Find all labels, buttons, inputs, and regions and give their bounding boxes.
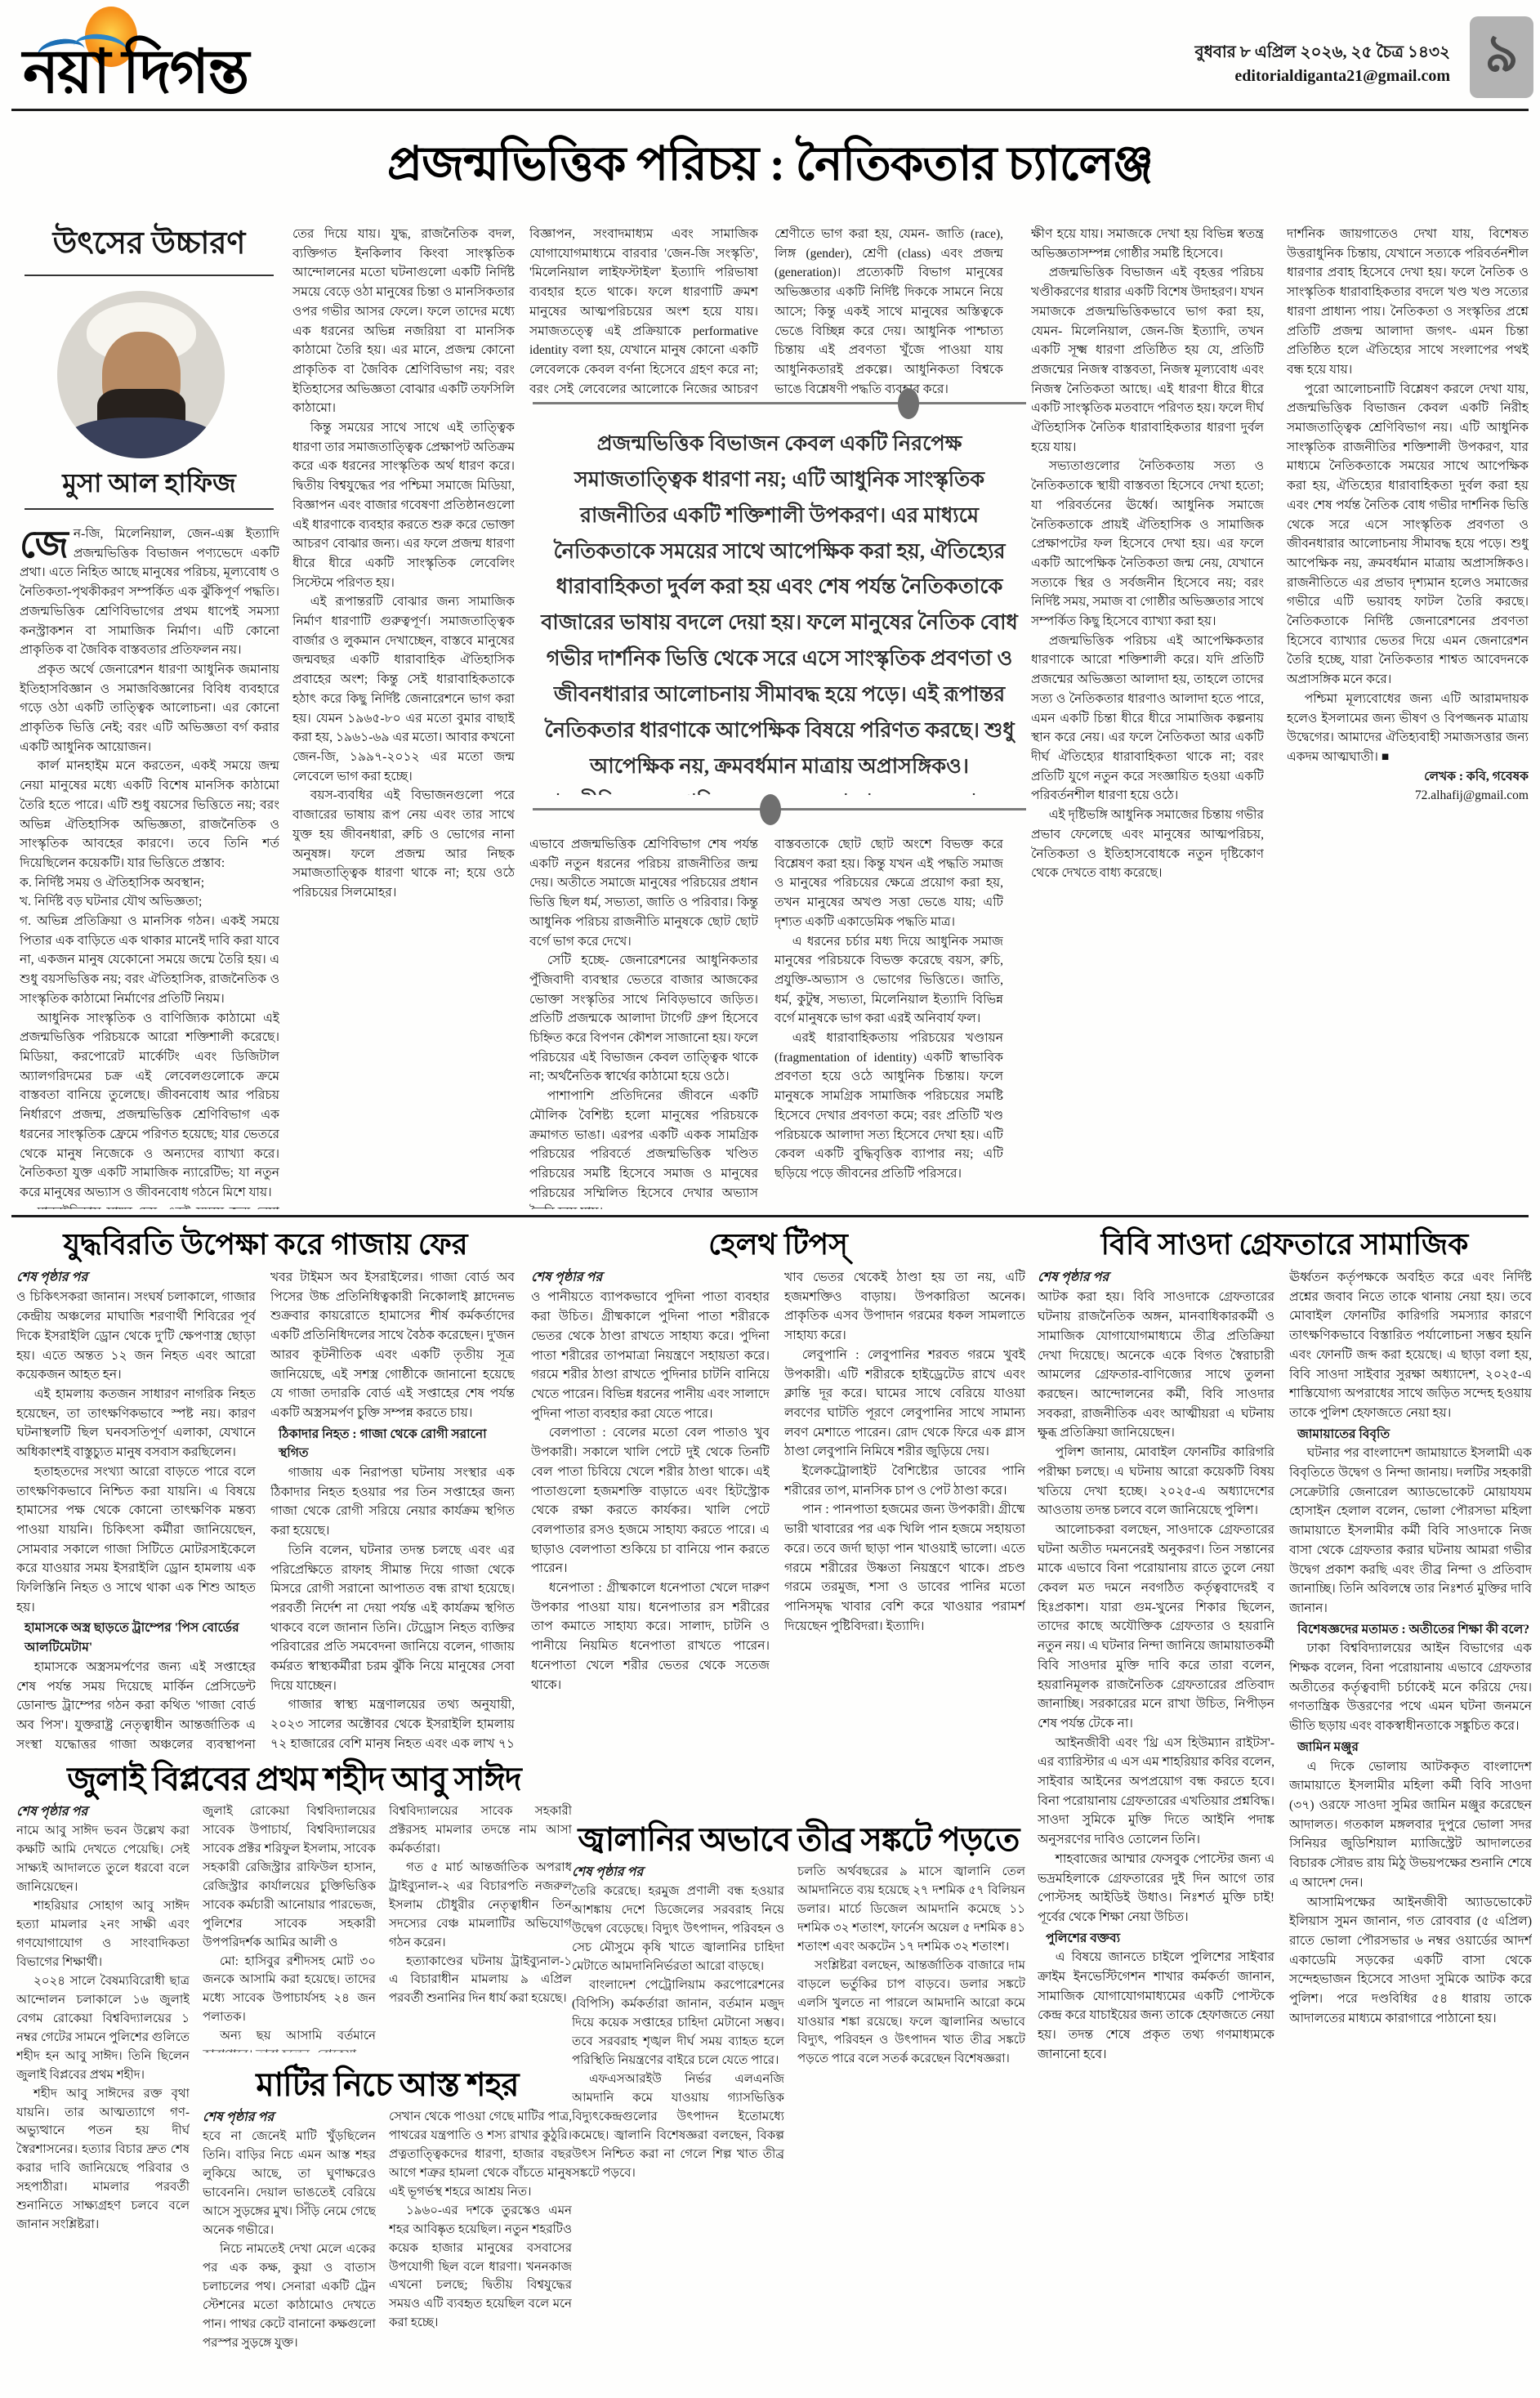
paragraph: হবে না জেনেই মাটি খুঁড়ছিলেন তিনি। বাড়ি… [203, 2128, 376, 2240]
shoulders-shape [65, 418, 216, 458]
paragraph: বেলপাতা : বেলের মতো বেল পাতাও খুব উপকারী… [531, 1423, 770, 1579]
paragraph: হামাসকে অস্ত্র ছাড়তে ট্রাম্পের 'পিস বোর… [16, 1619, 256, 1657]
paragraph: শেষ পৃষ্ঠার পর [1038, 1268, 1274, 1288]
paragraph: সেটি হচ্ছে- জেনারেশনের আধুনিকতার পুঁজিবা… [529, 951, 758, 1087]
sidebar-paragraphs: প্রকৃত অর্থে জেনারেশন ধারণা আধুনিক জমানা… [20, 660, 279, 1209]
paragraph: 72.alhafij@gmail.com [1287, 786, 1529, 806]
paragraph: ১৯৬০-এর দশকে তুরস্কেও এমন শহর আবিষ্কৃত হ… [389, 2202, 572, 2333]
paragraph: এই হামলায় কতজন সাধারণ নাগরিক নিহত হয়েছ… [16, 1385, 256, 1462]
paragraph: গাজায় এক নিরাপত্তা ঘটনায় সংস্থার এক ঠি… [270, 1463, 515, 1541]
paragraph: হত্যাকাণ্ডের ঘটনায় ট্রাইব্যুনাল-১ এ বিচ… [389, 1953, 572, 2009]
paragraph: শেষ পৃষ্ঠার পর [531, 1268, 770, 1288]
paragraph: এ দিকে ভোলায় আটককৃত বাংলাদেশ জামায়াতে … [1289, 1757, 1532, 1893]
paragraph: সভ্যতাগুলোর নৈতিকতায় সত্য ও নৈতিকতাকে স… [1031, 457, 1264, 631]
paragraph: তৈরি করেছে। হরমুজ প্রণালী বন্ধ হওয়ার আশ… [572, 1882, 784, 1976]
article-column-sidebar: জেন-জি, মিলেনিয়াল, জেন-এক্স ইত্যাদি প্র… [20, 525, 279, 1209]
paragraph: মো: হাসিবুর রশীদসহ মোট ৩০ জনকে আসামি করা… [203, 1953, 376, 2028]
sidebar-rule-bottom [25, 508, 274, 510]
fuel-headline: জ্বালানির অভাবে তীব্র সঙ্কটে পড়তে [572, 1814, 1025, 1869]
paragraph: তিনি বলেন, ঘটনার তদন্ত চলছে এবং এর পরিপ্… [270, 1541, 515, 1696]
gaza-column-2: খবর টাইমস অব ইসরাইলের। গাজা বোর্ড অব পিস… [270, 1268, 515, 1748]
paragraph: অন্য ছয় আসামি বর্তমানে কারাগারে। তারা হ… [203, 2027, 376, 2052]
paragraph: ক. নির্দিষ্ট সময় ও ঐতিহাসিক অবস্থান; [20, 873, 279, 893]
paragraph: ২০২৪ সালে বৈষম্যবিরোধী ছাত্র আন্দোলন চলা… [16, 1972, 190, 2085]
paragraph: বাংলাদেশ পেট্রোলিয়াম করপোরেশনের (বিপিসি… [572, 1976, 784, 2070]
underground-city-headline: মাটির নিচে আস্ত শহর [203, 2059, 572, 2114]
sidebar-lead-paragraph: জেন-জি, মিলেনিয়াল, জেন-এক্স ইত্যাদি প্র… [20, 525, 279, 660]
bibi-column-1: শেষ পৃষ্ঠার পরআটক করা হয়। বিবি সাওদাকে … [1038, 1268, 1274, 2391]
paragraph: খাব ভেতর থেকেই ঠাণ্ডা হয় তা নয়, এটি হজ… [784, 1268, 1025, 1346]
section-title: উৎসের উচ্চারণ [25, 219, 274, 271]
paragraph: এরই ধারাবাহিকতায় পরিচয়ের খণ্ডায়ন (fra… [774, 1029, 1003, 1184]
logo-text: নয়া দিগন্ত [23, 26, 248, 127]
paragraph: হতাহতদের সংখ্যা আরো বাড়তে পারে বলে তাৎক… [16, 1462, 256, 1618]
article-column-4-bottom: বাস্তবতাকে ছোট ছোট অংশে বিভক্ত করে বিশ্ল… [774, 835, 1003, 1209]
paragraph: লেবুপানি : লেবুপানির শরবত গরমে খুবই উপকা… [784, 1346, 1025, 1462]
paragraph: দার্শনিক জায়গাতেও দেখা যায়, বিশেষত উত্… [1287, 225, 1529, 380]
paragraph: ঠিকাদার নিহত : গাজা থেকে রোগী সরানো স্থগ… [270, 1425, 515, 1463]
paragraph: ঢাকা বিশ্ববিদ্যালয়ের আইন বিভাগের এক শিক… [1289, 1639, 1532, 1736]
abu-sayed-column-1: শেষ পৃষ্ঠার পরনামে আবু সাঈদ ভবন উল্লেখ ক… [16, 1802, 190, 2392]
pull-quote-rule-top [533, 402, 1026, 404]
paragraph: পশ্চিমা মূল্যবোধের জন্য এটি আরামদায়ক হল… [1287, 690, 1529, 767]
health-headline: হেলথ টিপস্ [531, 1222, 1025, 1271]
pull-quote-rule-bottom [533, 808, 1026, 810]
fuel-column-2: চলতি অর্থবছরের ৯ মাসে জ্বালানি তেল আমদান… [797, 1863, 1025, 2392]
paragraph: শেষ পৃষ্ঠার পর [203, 2108, 376, 2128]
underground-city-column-1: শেষ পৃষ্ঠার পরহবে না জেনেই মাটি খুঁড়ছিল… [203, 2108, 376, 2392]
abu-sayed-column-3: বিশ্ববিদ্যালয়ের সাবেক সহকারী প্রক্টরসহ … [389, 1802, 572, 2052]
paragraph: কিন্তু সময়ের সাথে সাথে এই তাত্ত্বিক ধার… [292, 418, 515, 592]
paragraph: প্রজন্মভিত্তিক বিভাজন এই বৃহত্তর পরিচয় … [1031, 263, 1264, 457]
article-column-3-top: বিজ্ঞাপন, সংবাদমাধ্যম এবং সামাজিক যোগাযো… [529, 225, 758, 395]
paragraph: জুলাই রোকেয়া বিশ্ববিদ্যালয়ের সাবেক উপা… [203, 1802, 376, 1953]
newspaper-logo: নয়া দিগন্ত [21, 5, 315, 105]
paragraph: কার্ল মানহাইম মনে করতেন, একই সময়ে জন্ম … [20, 757, 279, 873]
pull-quote: প্রজন্মভিত্তিক বিভাজন কেবল একটি নিরপেক্ষ… [533, 402, 1026, 825]
abu-sayed-headline: জুলাই বিপ্লবের প্রথম শহীদ আবু সাঈদ [16, 1753, 572, 1808]
paragraph: ইলেকট্রোলাইট বৈশিষ্ট্যের ডাবের পানি শরীর… [784, 1462, 1025, 1500]
paragraph: এ ধরনের চর্চার মধ্য দিয়ে আধুনিক সমাজ মা… [774, 932, 1003, 1029]
paragraph: ক্ষীণ হয়ে যায়। সমাজকে দেখা হয় বিভিন্ন… [1031, 225, 1264, 263]
paragraph: ঊর্ধ্বতন কর্তৃপক্ষকে অবহিত করে এবং নির্দ… [1289, 1268, 1532, 1423]
paragraph: লেখক : কবি, গবেষক [1287, 767, 1529, 787]
paragraph: আটক করা হয়। বিবি সাওদাকে গ্রেফতারের ঘটন… [1038, 1288, 1274, 1443]
paragraph: বিশ্ববিদ্যালয়ের সাবেক সহকারী প্রক্টরসহ … [389, 1802, 572, 1859]
header-rule [11, 109, 1529, 111]
paragraph: তের দিয়ে যায়। যুদ্ধ, রাজনৈতিক বদল, ব্য… [292, 225, 515, 418]
date-text: বুধবার ৮ এপ্রিল ২০২৬, ২৫ চৈত্র ১৪৩২ [1152, 41, 1450, 65]
ornament-dot-icon [898, 388, 919, 419]
bibi-column-2: ঊর্ধ্বতন কর্তৃপক্ষকে অবহিত করে এবং নির্দ… [1289, 1268, 1532, 2391]
article-column-3-bottom: এভাবে প্রজন্মভিত্তিক শ্রেণিবিভাগ শেষ পর্… [529, 835, 758, 1209]
paragraph: পুলিশের বক্তব্য [1038, 1929, 1274, 1949]
ornament-dot-icon [760, 794, 781, 825]
gaza-column-1: শেষ পৃষ্ঠার পরও চিকিৎসকরা জানান। সংঘর্ষ … [16, 1268, 256, 1748]
paragraph: এই দৃষ্টিভঙ্গি আধুনিক সমাজের চিন্তায় গভ… [1031, 806, 1264, 883]
paragraph: গত ৫ মার্চ আন্তর্জাতিক অপরাধ ট্রাইব্যুনা… [389, 1859, 572, 1953]
article-column-4-top: শ্রেণীতে ভাগ করা হয়, যেমন- জাতি (race),… [774, 225, 1003, 395]
paragraph: জামায়াতের বিবৃতি [1289, 1425, 1532, 1445]
article-column-2: তের দিয়ে যায়। যুদ্ধ, রাজনৈতিক বদল, ব্য… [292, 225, 515, 1209]
paragraph: ও পানীয়তে ব্যাপকভাবে পুদিনা পাতা ব্যবহা… [531, 1288, 770, 1423]
paragraph: শেষ পৃষ্ঠার পর [16, 1802, 190, 1822]
paragraph: পাশাপাশি প্রতিদিনের জীবনে একটি মৌলিক বৈশ… [529, 1087, 758, 1209]
paragraph: এভাবে প্রজন্মভিত্তিক শ্রেণিবিভাগ শেষ পর্… [529, 835, 758, 951]
paragraph: গ. অভিন্ন প্রতিক্রিয়া ও মানসিক গঠন। একই… [20, 912, 279, 1009]
drop-cap: জে [20, 525, 74, 561]
paragraph: প্রকৃত অর্থে জেনারেশন ধারণা আধুনিক জমানা… [20, 660, 279, 757]
health-column-2: খাব ভেতর থেকেই ঠাণ্ডা হয় তা নয়, এটি হজ… [784, 1268, 1025, 1809]
paragraph: ঘটনার পর বাংলাদেশ জামায়াতে ইসলামী এক বি… [1289, 1444, 1532, 1618]
paragraph: শেষ পৃষ্ঠার পর [572, 1863, 784, 1882]
paragraph: পুরো আলোচনাটি বিশ্লেষণ করলে দেখা যায়, প… [1287, 380, 1529, 690]
article-column-5: ক্ষীণ হয়ে যায়। সমাজকে দেখা হয় বিভিন্ন… [1031, 225, 1264, 1209]
paragraph: শেষ পৃষ্ঠার পর [16, 1268, 256, 1288]
article-column-6: দার্শনিক জায়গাতেও দেখা যায়, বিশেষত উত্… [1287, 225, 1529, 1209]
paragraph: হামাসকে অস্ত্রসমর্পণের জন্য এই সপ্তাহের … [16, 1658, 256, 1748]
health-column-1: শেষ পৃষ্ঠার পরও পানীয়তে ব্যাপকভাবে পুদি… [531, 1268, 770, 1809]
paragraph: শ্রেণীতে ভাগ করা হয়, যেমন- জাতি (race),… [774, 225, 1003, 395]
abu-sayed-column-2: জুলাই রোকেয়া বিশ্ববিদ্যালয়ের সাবেক উপা… [203, 1802, 376, 2052]
section-divider-rule [11, 1215, 1529, 1217]
pull-quote-text: প্রজন্মভিত্তিক বিভাজন কেবল একটি নিরপেক্ষ… [533, 404, 1026, 795]
paragraph: পান : পানপাতা হজমের জন্য উপকারী। গ্রীষ্ম… [784, 1500, 1025, 1636]
paragraph: প্রজন্মভিত্তিক পরিচয় এই আপেক্ষিকতার ধার… [1031, 632, 1264, 806]
paragraph: মানবইতিহাস সাক্ষ্য দেয়, একই সময়ে জন্ম … [20, 1203, 279, 1209]
paragraph: শহীদ আবু সাঈদের রক্ত বৃথা যায়নি। তার আত… [16, 2085, 190, 2235]
paragraph: এ বিষয়ে জানতে চাইলে পুলিশের সাইবার ক্রা… [1038, 1948, 1274, 2064]
paragraph: বাস্তবতাকে ছোট ছোট অংশে বিভক্ত করে বিশ্ল… [774, 835, 1003, 932]
paragraph: খবর টাইমস অব ইসরাইলের। গাজা বোর্ড অব পিস… [270, 1268, 515, 1423]
paragraph: নামে আবু সাঈদ ভবন উল্লেখ করা কক্ষটি আমি … [16, 1822, 190, 1897]
paragraph: আসামিপক্ষের আইনজীবী অ্যাডভোকেট ইলিয়াস স… [1289, 1893, 1532, 2029]
bibi-headline: বিবি সাওদা গ্রেফতারে সামাজিক [1038, 1222, 1532, 1271]
paragraph: ধনেপাতা : গ্রীষ্মকালে ধনেপাতা খেলে দারুণ… [531, 1579, 770, 1695]
underground-city-column-2: সেখান থেকে পাওয়া গেছে মাটির পাত্র, পাথর… [389, 2108, 572, 2392]
paragraph: বিজ্ঞাপন, সংবাদমাধ্যম এবং সামাজিক যোগাযো… [529, 225, 758, 395]
paragraph: সংশ্লিষ্টরা বলছেন, আন্তর্জাতিক বাজারে দা… [797, 1957, 1025, 2070]
newspaper-page: { "masthead": { "logo_text": "নয়া দিগন্… [0, 0, 1540, 2398]
paragraph: এই রূপান্তরটি বোঝার জন্য সামাজিক নির্মাণ… [292, 592, 515, 786]
page-number-badge: ৯ [1470, 16, 1533, 98]
editorial-email: editorialdiganta21@gmail.com [1152, 65, 1450, 88]
paragraph: গাজার স্বাস্থ্য মন্ত্রণালয়ের তথ্য অনুযা… [270, 1695, 515, 1748]
paragraph: ও চিকিৎসকরা জানান। সংঘর্ষ চলাকালে, গাজার… [16, 1288, 256, 1385]
paragraph: বিশেষজ্ঞদের মতামত : অতীতের শিক্ষা কী বলে… [1289, 1620, 1532, 1640]
author-name: মুসা আল হাফিজ [25, 462, 274, 507]
paragraph: শাহবাজের আম্মার ফেসবুক পোস্টের জন্য এ ভদ… [1038, 1850, 1274, 1927]
paragraph: এফএসআরইউ নির্ভর এলএনজি আমদানি কমে যাওয়া… [572, 2070, 784, 2183]
masthead-dateline: বুধবার ৮ এপ্রিল ২০২৬, ২৫ চৈত্র ১৪৩২ edit… [1152, 41, 1450, 88]
paragraph: সেখান থেকে পাওয়া গেছে মাটির পাত্র, পাথর… [389, 2108, 572, 2202]
paragraph: চলতি অর্থবছরের ৯ মাসে জ্বালানি তেল আমদান… [797, 1863, 1025, 1957]
main-headline: প্রজন্মভিত্তিক পরিচয় : নৈতিকতার চ্যালেঞ… [229, 127, 1311, 207]
paragraph: খ. নির্দিষ্ট বড় ঘটনার যৌথ অভিজ্ঞতা; [20, 892, 279, 912]
fuel-column-1: শেষ পৃষ্ঠার পরতৈরি করেছে। হরমুজ প্রণালী … [572, 1863, 784, 2392]
paragraph: আধুনিক সাংস্কৃতিক ও বাণিজ্যিক কাঠামো এই … [20, 1009, 279, 1203]
paragraph: জামিন মঞ্জুর [1289, 1738, 1532, 1757]
paragraph: পুলিশ জানায়, মোবাইল ফোনটির কারিগরি পরীক… [1038, 1443, 1274, 1521]
gaza-headline: যুদ্ধবিরতি উপেক্ষা করে গাজায় ফের [16, 1222, 515, 1271]
paragraph: শাহরিয়ার সোহাগ আবু সাঈদ হত্যা মামলার ২ন… [16, 1897, 190, 1972]
author-photo [57, 291, 225, 458]
paragraph: আইনজীবী এবং 'থ্রি এস হিউম্যান রাইটস'-এর … [1038, 1734, 1274, 1850]
paragraph: নিচে নামতেই দেখা মেলে একের পর এক কক্ষ, ক… [203, 2240, 376, 2353]
column-2-paragraphs: তের দিয়ে যায়। যুদ্ধ, রাজনৈতিক বদল, ব্য… [292, 225, 515, 903]
sidebar-rule-top [25, 275, 274, 276]
paragraph: আলোচকরা বলছেন, সাওদাকে গ্রেফতারের ঘটনা অ… [1038, 1521, 1274, 1734]
paragraph: বয়স-ব্যবধির এই বিভাজনগুলো পরে বাজারের ভ… [292, 786, 515, 902]
